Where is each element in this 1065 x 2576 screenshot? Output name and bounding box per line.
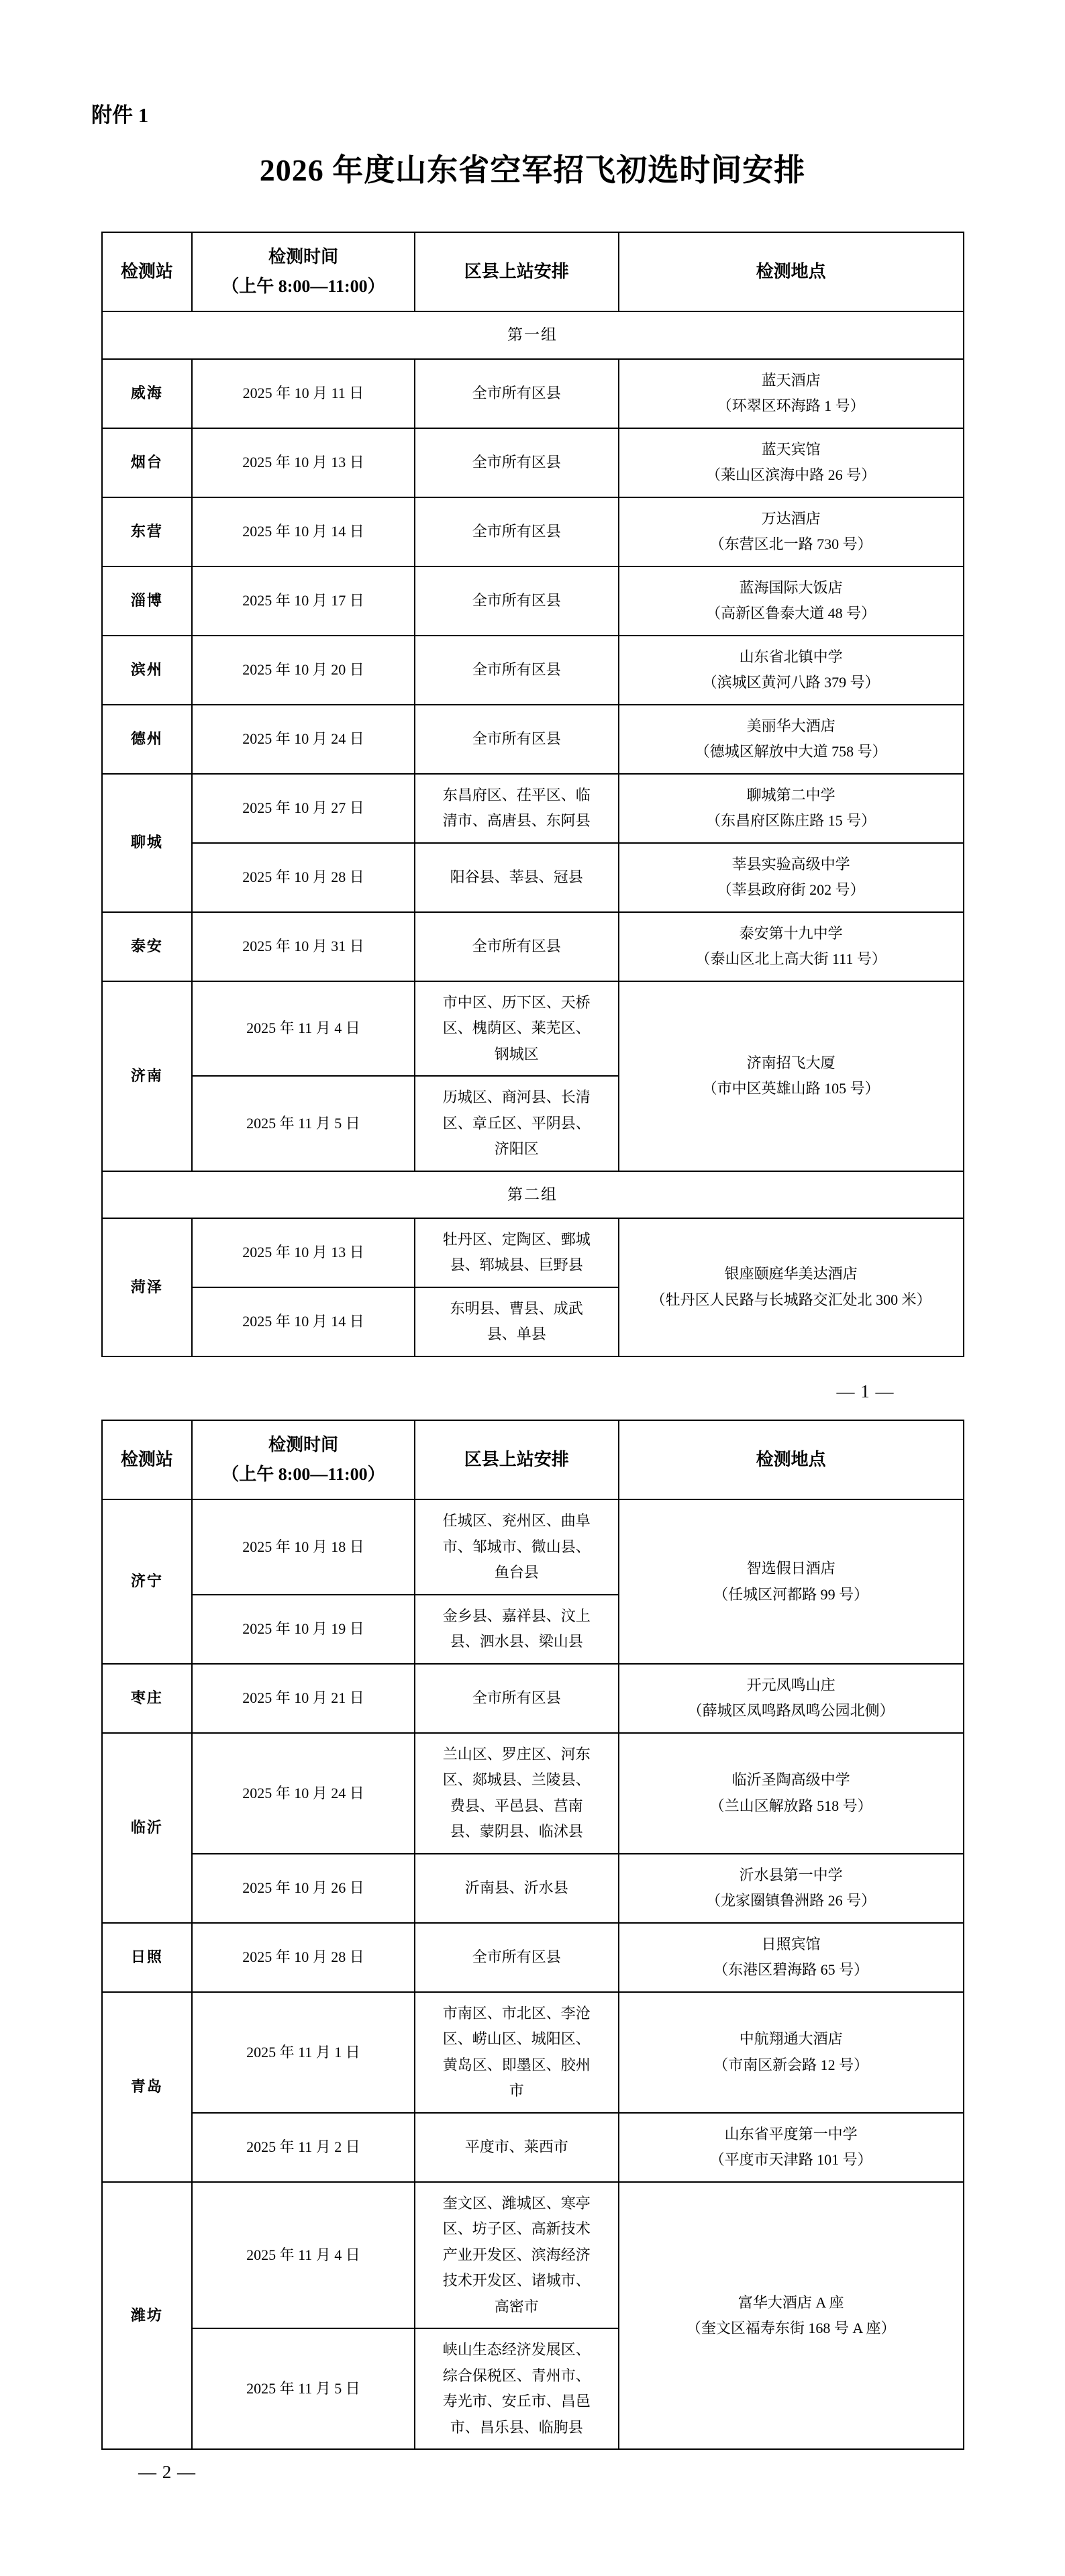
station-cell: 临沂 (102, 1733, 193, 1923)
districts-text: 全市所有区县 (472, 381, 561, 407)
venue-name: 万达酒店 (625, 506, 958, 532)
station-cell: 潍坊 (102, 2182, 193, 2450)
districts-text: 全市所有区县 (472, 726, 561, 752)
districts-text: 奎文区、潍城区、寒亭区、坊子区、高新技术产业开发区、滨海经济技术开发区、诸城市、… (439, 2191, 595, 2320)
venue-name: 山东省北镇中学 (625, 644, 958, 671)
districts-text: 历城区、商河县、长清区、章丘区、平阴县、济阳区 (439, 1085, 595, 1162)
venue-name: 莘县实验高级中学 (625, 852, 958, 878)
venue-name: 美丽华大酒店 (625, 713, 958, 740)
date-cell: 2025 年 11 月 4 日 (192, 2182, 414, 2329)
date-cell: 2025 年 10 月 20 日 (192, 636, 414, 705)
date-cell: 2025 年 10 月 28 日 (192, 1923, 414, 1992)
venue-address: （任城区河都路 99 号） (625, 1582, 958, 1608)
districts-text: 阳谷县、莘县、冠县 (450, 864, 583, 891)
districts-cell: 平度市、莱西市 (415, 2113, 619, 2182)
date-cell: 2025 年 11 月 4 日 (192, 981, 414, 1077)
venue-name: 临沂圣陶高级中学 (625, 1767, 958, 1793)
table-row: 青岛 2025 年 11 月 1 日 市南区、市北区、李沧区、崂山区、城阳区、黄… (102, 1992, 964, 2113)
districts-cell: 任城区、兖州区、曲阜市、邹城市、微山县、鱼台县 (415, 1499, 619, 1595)
districts-text: 金乡县、嘉祥县、汶上县、泗水县、梁山县 (439, 1603, 595, 1655)
station-cell: 济南 (102, 981, 193, 1171)
districts-text: 全市所有区县 (472, 1944, 561, 1971)
table-row: 济南 2025 年 11 月 4 日 市中区、历下区、天桥区、槐荫区、莱芜区、钢… (102, 981, 964, 1077)
header-districts: 区县上站安排 (415, 1420, 619, 1499)
header-time-line1: 检测时间 (197, 242, 409, 272)
date-cell: 2025 年 10 月 28 日 (192, 843, 414, 912)
venue-name: 中航翔通大酒店 (625, 2026, 958, 2052)
districts-cell: 全市所有区县 (415, 1664, 619, 1733)
table-row: 泰安 2025 年 10 月 31 日 全市所有区县 泰安第十九中学 （泰山区北… (102, 912, 964, 981)
location-cell: 莘县实验高级中学 （莘县政府街 202 号） (619, 843, 964, 912)
venue-name: 蓝天酒店 (625, 368, 958, 394)
districts-cell: 东明县、曹县、成武县、单县 (415, 1287, 619, 1356)
date-cell: 2025 年 10 月 18 日 (192, 1499, 414, 1595)
venue-address: （市中区英雄山路 105 号） (625, 1076, 958, 1102)
venue-name: 蓝海国际大饭店 (625, 575, 958, 601)
venue-name: 智选假日酒店 (625, 1556, 958, 1582)
venue-name: 开元凤鸣山庄 (625, 1673, 958, 1699)
districts-cell: 历城区、商河县、长清区、章丘区、平阴县、济阳区 (415, 1076, 619, 1171)
group-label: 第二组 (102, 1171, 964, 1218)
venue-address: （泰山区北上高大街 111 号） (625, 946, 958, 973)
districts-cell: 金乡县、嘉祥县、汶上县、泗水县、梁山县 (415, 1595, 619, 1664)
venue-address: （龙家圈镇鲁洲路 26 号） (625, 1888, 958, 1914)
table-row: 淄博 2025 年 10 月 17 日 全市所有区县 蓝海国际大饭店 （高新区鲁… (102, 566, 964, 636)
table-row: 济宁 2025 年 10 月 18 日 任城区、兖州区、曲阜市、邹城市、微山县、… (102, 1499, 964, 1595)
districts-text: 全市所有区县 (472, 934, 561, 960)
venue-name: 山东省平度第一中学 (625, 2122, 958, 2148)
table-row: 2025 年 10 月 28 日 阳谷县、莘县、冠县 莘县实验高级中学 （莘县政… (102, 843, 964, 912)
districts-cell: 全市所有区县 (415, 1923, 619, 1992)
date-cell: 2025 年 10 月 24 日 (192, 1733, 414, 1854)
date-cell: 2025 年 10 月 24 日 (192, 705, 414, 774)
document-page: 附件 1 2026 年度山东省空军招飞初选时间安排 检测站 检测时间 （上午 8… (0, 0, 1065, 2576)
station-cell: 滨州 (102, 636, 193, 705)
table-row: 聊城 2025 年 10 月 27 日 东昌府区、茌平区、临清市、高唐县、东阿县… (102, 774, 964, 843)
location-cell: 山东省平度第一中学 （平度市天津路 101 号） (619, 2113, 964, 2182)
date-cell: 2025 年 10 月 21 日 (192, 1664, 414, 1733)
districts-cell: 牡丹区、定陶区、鄄城县、郓城县、巨野县 (415, 1218, 619, 1287)
date-cell: 2025 年 10 月 31 日 (192, 912, 414, 981)
group-label: 第一组 (102, 311, 964, 358)
table-row: 日照 2025 年 10 月 28 日 全市所有区县 日照宾馆 （东港区碧海路 … (102, 1923, 964, 1992)
location-cell: 日照宾馆 （东港区碧海路 65 号） (619, 1923, 964, 1992)
station-cell: 淄博 (102, 566, 193, 636)
date-cell: 2025 年 10 月 13 日 (192, 428, 414, 497)
districts-cell: 沂南县、沂水县 (415, 1854, 619, 1923)
header-time-line1: 检测时间 (197, 1430, 409, 1460)
venue-address: （平度市天津路 101 号） (625, 2147, 958, 2173)
group-row-2: 第二组 (102, 1171, 964, 1218)
districts-text: 峡山生态经济发展区、综合保税区、青州市、寿光市、安丘市、昌邑市、昌乐县、临朐县 (439, 2337, 595, 2440)
schedule-table-page2: 检测站 检测时间 （上午 8:00—11:00） 区县上站安排 检测地点 济宁 … (101, 1420, 964, 2450)
districts-text: 沂南县、沂水县 (465, 1875, 568, 1901)
venue-address: （环翠区环海路 1 号） (625, 393, 958, 419)
districts-cell: 奎文区、潍城区、寒亭区、坊子区、高新技术产业开发区、滨海经济技术开发区、诸城市、… (415, 2182, 619, 2329)
location-cell: 泰安第十九中学 （泰山区北上高大街 111 号） (619, 912, 964, 981)
location-cell: 济南招飞大厦 （市中区英雄山路 105 号） (619, 981, 964, 1171)
districts-cell: 全市所有区县 (415, 566, 619, 636)
date-cell: 2025 年 10 月 26 日 (192, 1854, 414, 1923)
date-cell: 2025 年 10 月 17 日 (192, 566, 414, 636)
districts-cell: 全市所有区县 (415, 705, 619, 774)
station-cell: 烟台 (102, 428, 193, 497)
station-cell: 日照 (102, 1923, 193, 1992)
station-cell: 菏泽 (102, 1218, 193, 1356)
header-time: 检测时间 （上午 8:00—11:00） (192, 1420, 414, 1499)
venue-name: 日照宾馆 (625, 1932, 958, 1958)
date-cell: 2025 年 10 月 27 日 (192, 774, 414, 843)
districts-text: 平度市、莱西市 (465, 2134, 568, 2161)
venue-name: 济南招飞大厦 (625, 1050, 958, 1077)
station-cell: 聊城 (102, 774, 193, 912)
venue-name: 蓝天宾馆 (625, 437, 958, 463)
table-row: 菏泽 2025 年 10 月 13 日 牡丹区、定陶区、鄄城县、郓城县、巨野县 … (102, 1218, 964, 1287)
venue-name: 富华大酒店 A 座 (625, 2290, 958, 2316)
table-row: 威海 2025 年 10 月 11 日 全市所有区县 蓝天酒店 （环翠区环海路 … (102, 359, 964, 428)
table-row: 烟台 2025 年 10 月 13 日 全市所有区县 蓝天宾馆 （莱山区滨海中路… (102, 428, 964, 497)
station-cell: 威海 (102, 359, 193, 428)
venue-address: （东港区碧海路 65 号） (625, 1957, 958, 1983)
station-cell: 东营 (102, 497, 193, 566)
location-cell: 聊城第二中学 （东昌府区陈庄路 15 号） (619, 774, 964, 843)
districts-text: 全市所有区县 (472, 450, 561, 476)
table-row: 德州 2025 年 10 月 24 日 全市所有区县 美丽华大酒店 （德城区解放… (102, 705, 964, 774)
venue-address: （市南区新会路 12 号） (625, 2052, 958, 2079)
districts-text: 全市所有区县 (472, 1685, 561, 1712)
districts-cell: 全市所有区县 (415, 636, 619, 705)
page-number-1: — 1 — (101, 1381, 964, 1402)
districts-cell: 全市所有区县 (415, 912, 619, 981)
location-cell: 智选假日酒店 （任城区河都路 99 号） (619, 1499, 964, 1664)
date-cell: 2025 年 11 月 5 日 (192, 1076, 414, 1171)
header-location: 检测地点 (619, 1420, 964, 1499)
table-row: 滨州 2025 年 10 月 20 日 全市所有区县 山东省北镇中学 （滨城区黄… (102, 636, 964, 705)
venue-address: （莘县政府街 202 号） (625, 877, 958, 903)
venue-address: （薛城区凤鸣路凤鸣公园北侧） (625, 1698, 958, 1724)
location-cell: 山东省北镇中学 （滨城区黄河八路 379 号） (619, 636, 964, 705)
location-cell: 临沂圣陶高级中学 （兰山区解放路 518 号） (619, 1733, 964, 1854)
date-cell: 2025 年 10 月 14 日 (192, 497, 414, 566)
venue-name: 聊城第二中学 (625, 783, 958, 809)
districts-cell: 全市所有区县 (415, 428, 619, 497)
station-cell: 枣庄 (102, 1664, 193, 1733)
station-cell: 德州 (102, 705, 193, 774)
venue-name: 沂水县第一中学 (625, 1863, 958, 1889)
header-time-line2: （上午 8:00—11:00） (197, 1460, 409, 1489)
location-cell: 美丽华大酒店 （德城区解放中大道 758 号） (619, 705, 964, 774)
date-cell: 2025 年 10 月 11 日 (192, 359, 414, 428)
schedule-table-page1: 检测站 检测时间 （上午 8:00—11:00） 区县上站安排 检测地点 第一组… (101, 232, 964, 1357)
header-station: 检测站 (102, 1420, 193, 1499)
header-time-line2: （上午 8:00—11:00） (197, 272, 409, 301)
page-title: 2026 年度山东省空军招飞初选时间安排 (0, 146, 1065, 190)
header-station: 检测站 (102, 232, 193, 311)
location-cell: 银座颐庭华美达酒店 （牡丹区人民路与长城路交汇处北 300 米） (619, 1218, 964, 1356)
venue-address: （德城区解放中大道 758 号） (625, 739, 958, 765)
location-cell: 蓝海国际大饭店 （高新区鲁泰大道 48 号） (619, 566, 964, 636)
location-cell: 中航翔通大酒店 （市南区新会路 12 号） (619, 1992, 964, 2113)
date-cell: 2025 年 11 月 1 日 (192, 1992, 414, 2113)
districts-text: 东明县、曹县、成武县、单县 (439, 1296, 595, 1348)
venue-name: 泰安第十九中学 (625, 921, 958, 947)
date-cell: 2025 年 11 月 2 日 (192, 2113, 414, 2182)
districts-text: 东昌府区、茌平区、临清市、高唐县、东阿县 (439, 783, 595, 834)
districts-cell: 阳谷县、莘县、冠县 (415, 843, 619, 912)
date-cell: 2025 年 10 月 19 日 (192, 1595, 414, 1664)
header-districts: 区县上站安排 (415, 232, 619, 311)
table-row: 潍坊 2025 年 11 月 4 日 奎文区、潍城区、寒亭区、坊子区、高新技术产… (102, 2182, 964, 2329)
location-cell: 富华大酒店 A 座 （奎文区福寿东街 168 号 A 座） (619, 2182, 964, 2450)
districts-text: 全市所有区县 (472, 657, 561, 683)
table-row: 2025 年 10 月 26 日 沂南县、沂水县 沂水县第一中学 （龙家圈镇鲁洲… (102, 1854, 964, 1923)
venue-address: （兰山区解放路 518 号） (625, 1793, 958, 1820)
table-header-row: 检测站 检测时间 （上午 8:00—11:00） 区县上站安排 检测地点 (102, 1420, 964, 1499)
attachment-label: 附件 1 (91, 0, 1065, 128)
date-cell: 2025 年 11 月 5 日 (192, 2328, 414, 2449)
station-cell: 泰安 (102, 912, 193, 981)
venue-name: 银座颐庭华美达酒店 (625, 1261, 958, 1287)
districts-text: 市南区、市北区、李沧区、崂山区、城阳区、黄岛区、即墨区、胶州市 (439, 2001, 595, 2104)
venue-address: （东营区北一路 730 号） (625, 532, 958, 558)
districts-cell: 市中区、历下区、天桥区、槐荫区、莱芜区、钢城区 (415, 981, 619, 1077)
districts-text: 全市所有区县 (472, 588, 561, 614)
page-number-2: — 2 — (138, 2462, 196, 2483)
venue-address: （莱山区滨海中路 26 号） (625, 462, 958, 489)
districts-cell: 兰山区、罗庄区、河东区、郯城县、兰陵县、费县、平邑县、莒南县、蒙阴县、临沭县 (415, 1733, 619, 1854)
venue-address: （牡丹区人民路与长城路交汇处北 300 米） (625, 1287, 958, 1314)
districts-cell: 峡山生态经济发展区、综合保税区、青州市、寿光市、安丘市、昌邑市、昌乐县、临朐县 (415, 2328, 619, 2449)
location-cell: 蓝天宾馆 （莱山区滨海中路 26 号） (619, 428, 964, 497)
districts-cell: 市南区、市北区、李沧区、崂山区、城阳区、黄岛区、即墨区、胶州市 (415, 1992, 619, 2113)
table-row: 东营 2025 年 10 月 14 日 全市所有区县 万达酒店 （东营区北一路 … (102, 497, 964, 566)
venue-address: （高新区鲁泰大道 48 号） (625, 601, 958, 627)
districts-cell: 全市所有区县 (415, 359, 619, 428)
location-cell: 开元凤鸣山庄 （薛城区凤鸣路凤鸣公园北侧） (619, 1664, 964, 1733)
table-row: 临沂 2025 年 10 月 24 日 兰山区、罗庄区、河东区、郯城县、兰陵县、… (102, 1733, 964, 1854)
table-header-row: 检测站 检测时间 （上午 8:00—11:00） 区县上站安排 检测地点 (102, 232, 964, 311)
districts-text: 全市所有区县 (472, 519, 561, 545)
table-row: 枣庄 2025 年 10 月 21 日 全市所有区县 开元凤鸣山庄 （薛城区凤鸣… (102, 1664, 964, 1733)
group-row-1: 第一组 (102, 311, 964, 358)
location-cell: 蓝天酒店 （环翠区环海路 1 号） (619, 359, 964, 428)
districts-text: 任城区、兖州区、曲阜市、邹城市、微山县、鱼台县 (439, 1508, 595, 1586)
station-cell: 青岛 (102, 1992, 193, 2182)
districts-text: 市中区、历下区、天桥区、槐荫区、莱芜区、钢城区 (439, 990, 595, 1068)
date-cell: 2025 年 10 月 14 日 (192, 1287, 414, 1356)
location-cell: 万达酒店 （东营区北一路 730 号） (619, 497, 964, 566)
header-time: 检测时间 （上午 8:00—11:00） (192, 232, 414, 311)
header-location: 检测地点 (619, 232, 964, 311)
districts-text: 兰山区、罗庄区、河东区、郯城县、兰陵县、费县、平邑县、莒南县、蒙阴县、临沭县 (439, 1742, 595, 1845)
districts-text: 牡丹区、定陶区、鄄城县、郓城县、巨野县 (439, 1227, 595, 1279)
date-cell: 2025 年 10 月 13 日 (192, 1218, 414, 1287)
venue-address: （奎文区福寿东街 168 号 A 座） (625, 2316, 958, 2342)
venue-address: （滨城区黄河八路 379 号） (625, 670, 958, 696)
venue-address: （东昌府区陈庄路 15 号） (625, 808, 958, 834)
table-row: 2025 年 11 月 2 日 平度市、莱西市 山东省平度第一中学 （平度市天津… (102, 2113, 964, 2182)
districts-cell: 东昌府区、茌平区、临清市、高唐县、东阿县 (415, 774, 619, 843)
station-cell: 济宁 (102, 1499, 193, 1664)
districts-cell: 全市所有区县 (415, 497, 619, 566)
location-cell: 沂水县第一中学 （龙家圈镇鲁洲路 26 号） (619, 1854, 964, 1923)
